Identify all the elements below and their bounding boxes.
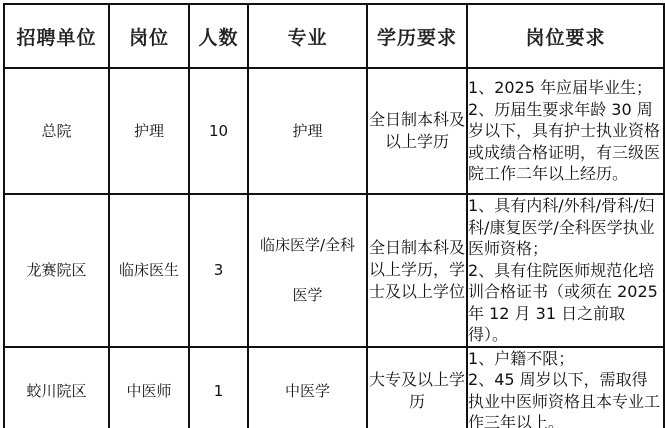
cell-requirements: 1、2025 年应届毕业生； 2、历届生要求年龄 30 周岁以下，具有护士执业资…	[467, 68, 664, 194]
cell-education: 全日制本科及以上学历	[367, 68, 467, 194]
table-row: 蛟川院区 中医师 1 中医学 大专及以上学历 1、户籍不限； 2、45 周岁以下…	[4, 347, 664, 428]
cell-education: 大专及以上学历	[367, 347, 467, 428]
table-row: 龙赛院区 临床医生 3 临床医学/全科医学 全日制本科及以上学历，学士及以上学位…	[4, 194, 664, 347]
cell-unit: 蛟川院区	[4, 347, 109, 428]
header-position: 岗位	[109, 4, 189, 68]
cell-major: 中医学	[248, 347, 367, 428]
cell-unit: 龙赛院区	[4, 194, 109, 347]
cell-position: 中医师	[109, 347, 189, 428]
requirement-item: 1、2025 年应届毕业生；	[468, 77, 663, 99]
cell-unit: 总院	[4, 68, 109, 194]
cell-major: 护理	[248, 68, 367, 194]
cell-count: 3	[189, 194, 248, 347]
header-education: 学历要求	[367, 4, 467, 68]
cell-requirements: 1、户籍不限； 2、45 周岁以下，需取得执业中医师资格且本专业工作三年以上。	[467, 347, 664, 428]
table-row: 总院 护理 10 护理 全日制本科及以上学历 1、2025 年应届毕业生； 2、…	[4, 68, 664, 194]
requirement-item: 2、45 周岁以下，需取得执业中医师资格且本专业工作三年以上。	[468, 369, 663, 428]
header-requirements: 岗位要求	[467, 4, 664, 68]
cell-count: 10	[189, 68, 248, 194]
header-count: 人数	[189, 4, 248, 68]
cell-position: 临床医生	[109, 194, 189, 347]
header-unit: 招聘单位	[4, 4, 109, 68]
cell-position: 护理	[109, 68, 189, 194]
header-major: 专业	[248, 4, 367, 68]
recruitment-table: 招聘单位 岗位 人数 专业 学历要求 岗位要求 总院 护理 10 护理 全日制本…	[3, 3, 665, 428]
cell-requirements: 1、具有内科/外科/骨科/妇科/康复医学/全科医学执业医师资格； 2、具有住院医…	[467, 194, 664, 347]
cell-count: 1	[189, 347, 248, 428]
requirement-item: 2、历届生要求年龄 30 周岁以下，具有护士执业资格或成绩合格证明，有三级医院工…	[468, 99, 663, 185]
requirement-item: 1、具有内科/外科/骨科/妇科/康复医学/全科医学执业医师资格；	[468, 195, 663, 260]
header-row: 招聘单位 岗位 人数 专业 学历要求 岗位要求	[4, 4, 664, 68]
requirement-item: 1、户籍不限；	[468, 348, 663, 370]
cell-education: 全日制本科及以上学历，学士及以上学位	[367, 194, 467, 347]
cell-major: 临床医学/全科医学	[248, 194, 367, 347]
requirement-item: 2、具有住院医师规范化培训合格证书（或须在 2025 年 12 月 31 日之前…	[468, 260, 663, 346]
